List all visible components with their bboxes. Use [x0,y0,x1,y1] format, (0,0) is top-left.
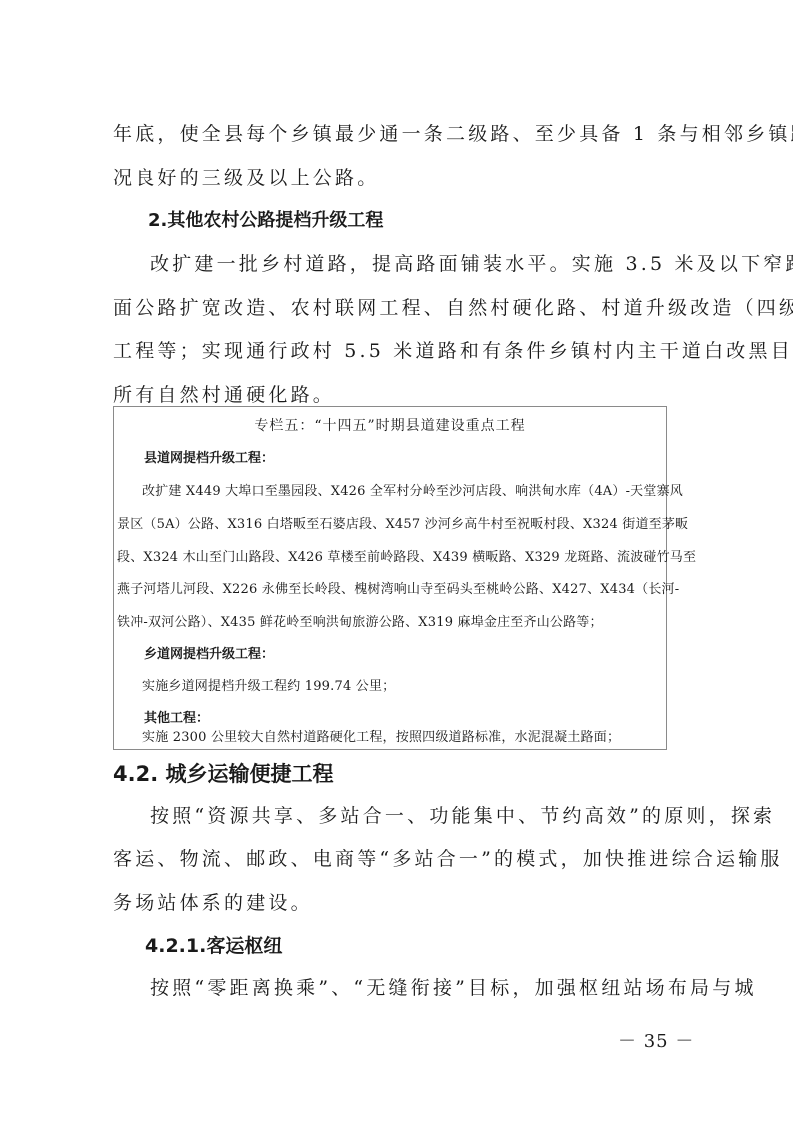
section-heading: 2.其他农村公路提档升级工程 [148,209,383,233]
section-heading: 4.2. 城乡运输便捷工程 [113,760,334,788]
paragraph-line: 年底，使全县每个乡镇最少通一条二级路、至少具备 1 条与相邻乡镇路 [113,122,685,146]
paragraph-line: 务场站体系的建设。 [113,891,685,915]
paragraph-line: 面公路扩宽改造、农村联网工程、自然村硬化路、村道升级改造（四级） [113,296,685,320]
box-subheading-county-road: 县道网提档升级工程： [144,447,274,466]
paragraph-line: 工程等；实现通行政村 5.5 米道路和有条件乡镇村内主干道白改黑目标， [113,339,685,363]
box-text-line: 实施乡道网提档升级工程约 199.74 公里； [142,675,664,694]
page-number: － 35 － [618,1027,694,1053]
box-title: 专栏五：“十四五”时期县道建设重点工程 [114,415,666,435]
box-subheading-township-road: 乡道网提档升级工程： [144,643,274,662]
box-text-line: 实施 2300 公里较大自然村道路硬化工程，按照四级道路标准，水泥混凝土路面； [142,726,664,745]
paragraph-line: 按照“资源共享、多站合一、功能集中、节约高效”的原则，探索 [150,804,685,828]
paragraph-line: 改扩建一批乡村道路，提高路面铺装水平。实施 3.5 米及以下窄路 [150,252,685,276]
subsection-heading: 4.2.1.客运枢纽 [145,933,282,959]
box-subheading-other: 其他工程： [144,707,209,726]
box-text-line: 铁冲-双河公路）、X435 鲜花岭至响洪甸旅游公路、X319 麻埠金庄至齐山公路… [117,611,639,630]
paragraph-line: 客运、物流、邮政、电商等“多站合一”的模式，加快推进综合运输服 [113,847,685,871]
box-text-line: 段、X324 木山至门山路段、X426 草楼至前岭路段、X439 横畈路、X32… [117,546,639,565]
box-text-line: 景区（5A）公路、X316 白塔畈至石婆店段、X457 沙河乡高牛村至祝畈村段、… [117,513,639,532]
paragraph-line: 况良好的三级及以上公路。 [113,166,685,190]
paragraph-line: 所有自然村通硬化路。 [113,383,685,407]
box-text-line: 改扩建 X449 大埠口至墨园段、X426 全军村分岭至沙河店段、响洪甸水库（4… [142,480,664,499]
document-page: 年底，使全县每个乡镇最少通一条二级路、至少具备 1 条与相邻乡镇路 况良好的三级… [0,0,793,1122]
paragraph-line: 按照“零距离换乘”、“无缝衔接”目标，加强枢纽站场布局与城 [150,976,685,1000]
feature-box: 专栏五：“十四五”时期县道建设重点工程 县道网提档升级工程： 改扩建 X449 … [113,406,667,750]
box-text-line: 燕子河塔儿河段、X226 永佛至长岭段、槐树湾响山寺至码头至桃岭公路、X427、… [117,578,639,597]
